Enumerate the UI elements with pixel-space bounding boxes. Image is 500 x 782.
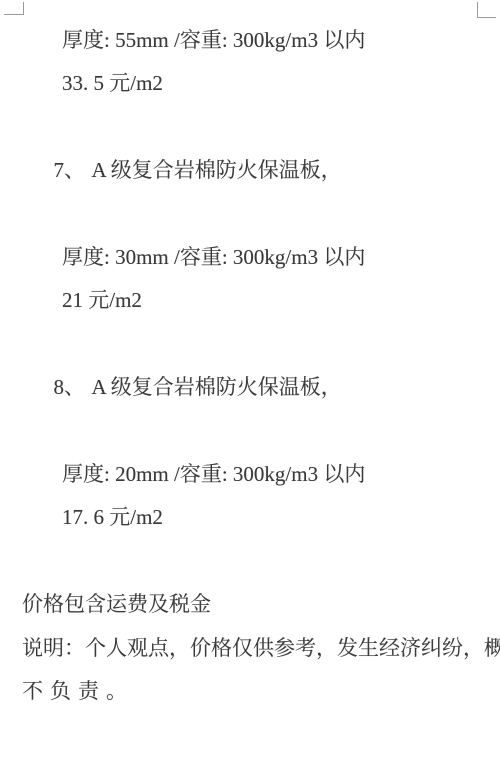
item8-number: 8、 xyxy=(54,366,92,409)
item7-name-text: A 级复合岩棉防火保温板， xyxy=(92,158,342,182)
item8-name-text: A 级复合岩棉防火保温板， xyxy=(92,375,342,399)
item8-title-line: 8、A 级复合岩棉防火保温板， xyxy=(22,323,500,453)
blank-line xyxy=(0,540,500,583)
item8-spec-text: 厚度: 20mm /容重: 300kg/m3 以内 xyxy=(62,453,500,496)
item7-spec-text: 厚度: 30mm /容重: 300kg/m3 以内 xyxy=(62,236,500,279)
disclaimer-note-line2-text: 不负责。 xyxy=(22,670,500,713)
item6-spec-text: 厚度: 55mm /容重: 300kg/m3 以内 xyxy=(62,19,500,62)
shipping-tax-note-text: 价格包含运费及税金 xyxy=(22,583,500,626)
margin-corner-mark-top-left xyxy=(4,2,24,15)
item7-price-text: 21 元/m2 xyxy=(62,279,500,322)
margin-corner-mark-top-right xyxy=(477,2,496,18)
item7-number: 7、 xyxy=(54,149,92,192)
document-body: 厚度: 55mm /容重: 300kg/m3 以内 33. 5 元/m2 7、A… xyxy=(0,19,500,713)
item7-title-line: 7、A 级复合岩棉防火保温板， xyxy=(22,106,500,236)
item6-price-text: 33. 5 元/m2 xyxy=(62,62,500,105)
item8-price-text: 17. 6 元/m2 xyxy=(62,496,500,539)
disclaimer-note-line1-text: 说明：个人观点，价格仅供参考，发生经济纠纷，概 xyxy=(22,627,500,670)
document-page: 厚度: 55mm /容重: 300kg/m3 以内 33. 5 元/m2 7、A… xyxy=(0,0,500,782)
